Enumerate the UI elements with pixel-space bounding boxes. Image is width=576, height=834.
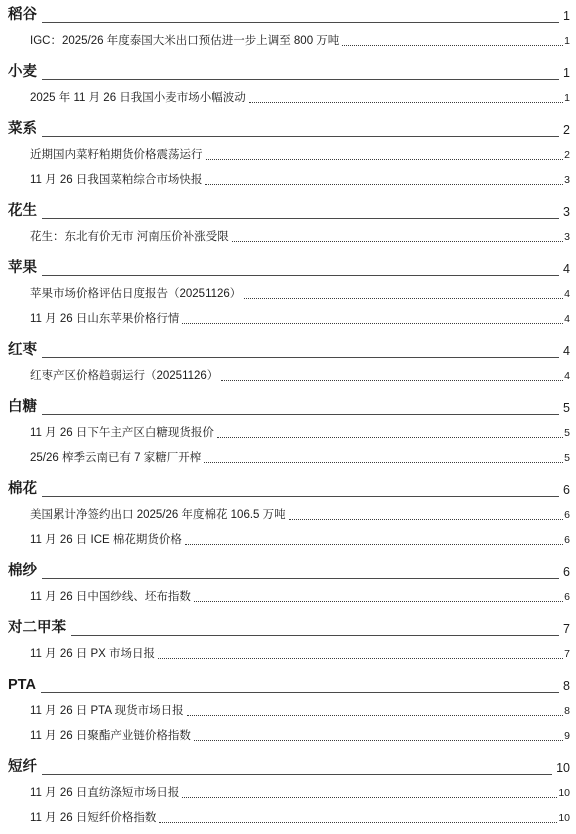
toc-heading-page-number: 6: [563, 481, 570, 499]
heading-leader-line: [42, 414, 559, 415]
heading-leader-line: [71, 635, 559, 636]
toc-entry-title: 11 月 26 日 ICE 棉花期货价格: [30, 531, 182, 549]
toc-section: 稻谷 1 IGC：2025/26 年度泰国大米出口预估进一步上调至 800 万吨…: [8, 5, 570, 50]
table-of-contents: 稻谷 1 IGC：2025/26 年度泰国大米出口预估进一步上调至 800 万吨…: [0, 0, 576, 827]
toc-entry-link[interactable]: 11 月 26 日聚酯产业链价格指数 9: [8, 720, 570, 745]
toc-heading-page-number: 4: [563, 260, 570, 278]
toc-entry-link[interactable]: 11 月 26 日中国纱线、坯布指数 6: [8, 581, 570, 606]
toc-entry-link[interactable]: IGC：2025/26 年度泰国大米出口预估进一步上调至 800 万吨 1: [8, 25, 570, 50]
toc-heading-title: 小麦: [8, 62, 37, 82]
entry-dotted-leader: [205, 184, 563, 185]
toc-heading-link[interactable]: 红枣 4: [8, 340, 570, 360]
entry-dotted-leader: [194, 601, 563, 602]
toc-heading-link[interactable]: 花生 3: [8, 201, 570, 221]
toc-heading-page-number: 8: [563, 677, 570, 695]
toc-entry-link[interactable]: 11 月 26 日我国菜粕综合市场快报 3: [8, 164, 570, 189]
toc-entry-title: 11 月 26 日中国纱线、坯布指数: [30, 588, 191, 606]
toc-entry-page-number: 2: [564, 147, 570, 164]
toc-heading-title: 棉花: [8, 479, 37, 499]
toc-entry-page-number: 6: [564, 532, 570, 549]
toc-heading-title: 花生: [8, 201, 37, 221]
toc-heading-link[interactable]: 对二甲苯 7: [8, 618, 570, 638]
toc-heading-link[interactable]: 白糖 5: [8, 397, 570, 417]
entry-dotted-leader: [182, 797, 557, 798]
toc-entry-title: IGC：2025/26 年度泰国大米出口预估进一步上调至 800 万吨: [30, 32, 339, 50]
entry-dotted-leader: [182, 323, 563, 324]
entry-dotted-leader: [249, 102, 563, 103]
entry-dotted-leader: [204, 462, 563, 463]
toc-section: 红枣 4 红枣产区价格趋弱运行（20251126） 4: [8, 340, 570, 385]
toc-entry-title: 11 月 26 日短纤价格指数: [30, 809, 156, 827]
toc-entry-link[interactable]: 苹果市场价格评估日度报告（20251126） 4: [8, 278, 570, 303]
toc-heading-link[interactable]: 小麦 1: [8, 62, 570, 82]
toc-entry-title: 红枣产区价格趋弱运行（20251126）: [30, 367, 218, 385]
toc-section: 苹果 4 苹果市场价格评估日度报告（20251126） 4 11 月 26 日山…: [8, 258, 570, 328]
toc-entry-page-number: 9: [564, 728, 570, 745]
toc-entry-page-number: 10: [558, 810, 570, 827]
toc-heading-title: 短纤: [8, 757, 37, 777]
toc-section: PTA 8 11 月 26 日 PTA 现货市场日报 8 11 月 26 日聚酯…: [8, 675, 570, 745]
toc-entry-title: 近期国内菜籽粕期货价格震荡运行: [30, 146, 203, 164]
toc-entry-title: 11 月 26 日直纺涤短市场日报: [30, 784, 179, 802]
toc-heading-link[interactable]: 短纤 10: [8, 757, 570, 777]
toc-heading-title: 对二甲苯: [8, 618, 66, 638]
toc-heading-title: 稻谷: [8, 5, 37, 25]
entry-dotted-leader: [221, 380, 563, 381]
toc-heading-title: PTA: [8, 675, 36, 695]
toc-entry-page-number: 3: [564, 229, 570, 246]
toc-entry-page-number: 6: [564, 589, 570, 606]
heading-leader-line: [42, 578, 559, 579]
entry-dotted-leader: [244, 298, 563, 299]
toc-heading-link[interactable]: 棉纱 6: [8, 561, 570, 581]
heading-leader-line: [42, 496, 559, 497]
toc-heading-title: 红枣: [8, 340, 37, 360]
toc-section: 棉纱 6 11 月 26 日中国纱线、坯布指数 6: [8, 561, 570, 606]
toc-entry-page-number: 1: [564, 90, 570, 107]
toc-entry-link[interactable]: 2025 年 11 月 26 日我国小麦市场小幅波动 1: [8, 82, 570, 107]
entry-dotted-leader: [185, 544, 563, 545]
entry-dotted-leader: [217, 437, 563, 438]
toc-entry-link[interactable]: 11 月 26 日下午主产区白糖现货报价 5: [8, 417, 570, 442]
toc-heading-title: 白糖: [8, 397, 37, 417]
toc-entry-title: 25/26 榨季云南已有 7 家糖厂开榨: [30, 449, 201, 467]
toc-entry-title: 11 月 26 日 PTA 现货市场日报: [30, 702, 184, 720]
toc-entry-title: 美国累计净签约出口 2025/26 年度棉花 106.5 万吨: [30, 506, 286, 524]
toc-entry-page-number: 5: [564, 450, 570, 467]
toc-entry-link[interactable]: 近期国内菜籽粕期货价格震荡运行 2: [8, 139, 570, 164]
heading-leader-line: [41, 692, 559, 693]
toc-heading-title: 苹果: [8, 258, 37, 278]
entry-dotted-leader: [194, 740, 563, 741]
toc-heading-page-number: 5: [563, 399, 570, 417]
toc-entry-link[interactable]: 红枣产区价格趋弱运行（20251126） 4: [8, 360, 570, 385]
toc-heading-page-number: 1: [563, 64, 570, 82]
entry-dotted-leader: [158, 658, 563, 659]
toc-entry-page-number: 1: [564, 33, 570, 50]
entry-dotted-leader: [289, 519, 564, 520]
toc-entry-page-number: 7: [564, 646, 570, 663]
toc-heading-page-number: 2: [563, 121, 570, 139]
toc-heading-link[interactable]: 棉花 6: [8, 479, 570, 499]
toc-heading-link[interactable]: 苹果 4: [8, 258, 570, 278]
heading-leader-line: [42, 79, 559, 80]
toc-section: 棉花 6 美国累计净签约出口 2025/26 年度棉花 106.5 万吨 6 1…: [8, 479, 570, 549]
toc-entry-link[interactable]: 花生：东北有价无市 河南压价补涨受限 3: [8, 221, 570, 246]
toc-entry-title: 苹果市场价格评估日度报告（20251126）: [30, 285, 241, 303]
toc-heading-page-number: 4: [563, 342, 570, 360]
toc-section: 对二甲苯 7 11 月 26 日 PX 市场日报 7: [8, 618, 570, 663]
toc-heading-title: 棉纱: [8, 561, 37, 581]
toc-entry-link[interactable]: 11 月 26 日短纤价格指数 10: [8, 802, 570, 827]
toc-entry-title: 2025 年 11 月 26 日我国小麦市场小幅波动: [30, 89, 246, 107]
toc-entry-link[interactable]: 11 月 26 日直纺涤短市场日报 10: [8, 777, 570, 802]
toc-heading-link[interactable]: 菜系 2: [8, 119, 570, 139]
toc-section: 小麦 1 2025 年 11 月 26 日我国小麦市场小幅波动 1: [8, 62, 570, 107]
heading-leader-line: [42, 218, 559, 219]
toc-section: 花生 3 花生：东北有价无市 河南压价补涨受限 3: [8, 201, 570, 246]
toc-entry-title: 花生：东北有价无市 河南压价补涨受限: [30, 228, 229, 246]
toc-heading-page-number: 3: [563, 203, 570, 221]
entry-dotted-leader: [342, 45, 563, 46]
toc-entry-title: 11 月 26 日我国菜粕综合市场快报: [30, 171, 202, 189]
entry-dotted-leader: [232, 241, 563, 242]
toc-entry-link[interactable]: 11 月 26 日 PX 市场日报 7: [8, 638, 570, 663]
toc-heading-link[interactable]: PTA 8: [8, 675, 570, 695]
toc-entry-link[interactable]: 11 月 26 日 PTA 现货市场日报 8: [8, 695, 570, 720]
toc-heading-page-number: 1: [563, 7, 570, 25]
toc-entry-link[interactable]: 11 月 26 日 ICE 棉花期货价格 6: [8, 524, 570, 549]
toc-entry-title: 11 月 26 日下午主产区白糖现货报价: [30, 424, 214, 442]
toc-entry-page-number: 6: [564, 507, 570, 524]
toc-entry-link[interactable]: 25/26 榨季云南已有 7 家糖厂开榨 5: [8, 442, 570, 467]
toc-entry-page-number: 5: [564, 425, 570, 442]
heading-leader-line: [42, 136, 559, 137]
heading-leader-line: [42, 275, 559, 276]
toc-entry-title: 11 月 26 日聚酯产业链价格指数: [30, 727, 191, 745]
toc-entry-title: 11 月 26 日 PX 市场日报: [30, 645, 155, 663]
toc-heading-link[interactable]: 稻谷 1: [8, 5, 570, 25]
entry-dotted-leader: [206, 159, 564, 160]
toc-entry-page-number: 10: [558, 785, 570, 802]
toc-entry-page-number: 4: [564, 368, 570, 385]
heading-leader-line: [42, 774, 552, 775]
heading-leader-line: [42, 357, 559, 358]
toc-heading-title: 菜系: [8, 119, 37, 139]
toc-heading-page-number: 10: [556, 759, 570, 777]
toc-section: 短纤 10 11 月 26 日直纺涤短市场日报 10 11 月 26 日短纤价格…: [8, 757, 570, 827]
toc-entry-page-number: 3: [564, 172, 570, 189]
toc-entry-title: 11 月 26 日山东苹果价格行情: [30, 310, 179, 328]
entry-dotted-leader: [187, 715, 564, 716]
toc-entry-link[interactable]: 美国累计净签约出口 2025/26 年度棉花 106.5 万吨 6: [8, 499, 570, 524]
toc-section: 白糖 5 11 月 26 日下午主产区白糖现货报价 5 25/26 榨季云南已有…: [8, 397, 570, 467]
toc-entry-page-number: 4: [564, 286, 570, 303]
toc-heading-page-number: 7: [563, 620, 570, 638]
entry-dotted-leader: [159, 822, 557, 823]
toc-entry-page-number: 4: [564, 311, 570, 328]
toc-heading-page-number: 6: [563, 563, 570, 581]
toc-entry-page-number: 8: [564, 703, 570, 720]
toc-entry-link[interactable]: 11 月 26 日山东苹果价格行情 4: [8, 303, 570, 328]
heading-leader-line: [42, 22, 559, 23]
toc-section: 菜系 2 近期国内菜籽粕期货价格震荡运行 2 11 月 26 日我国菜粕综合市场…: [8, 119, 570, 189]
